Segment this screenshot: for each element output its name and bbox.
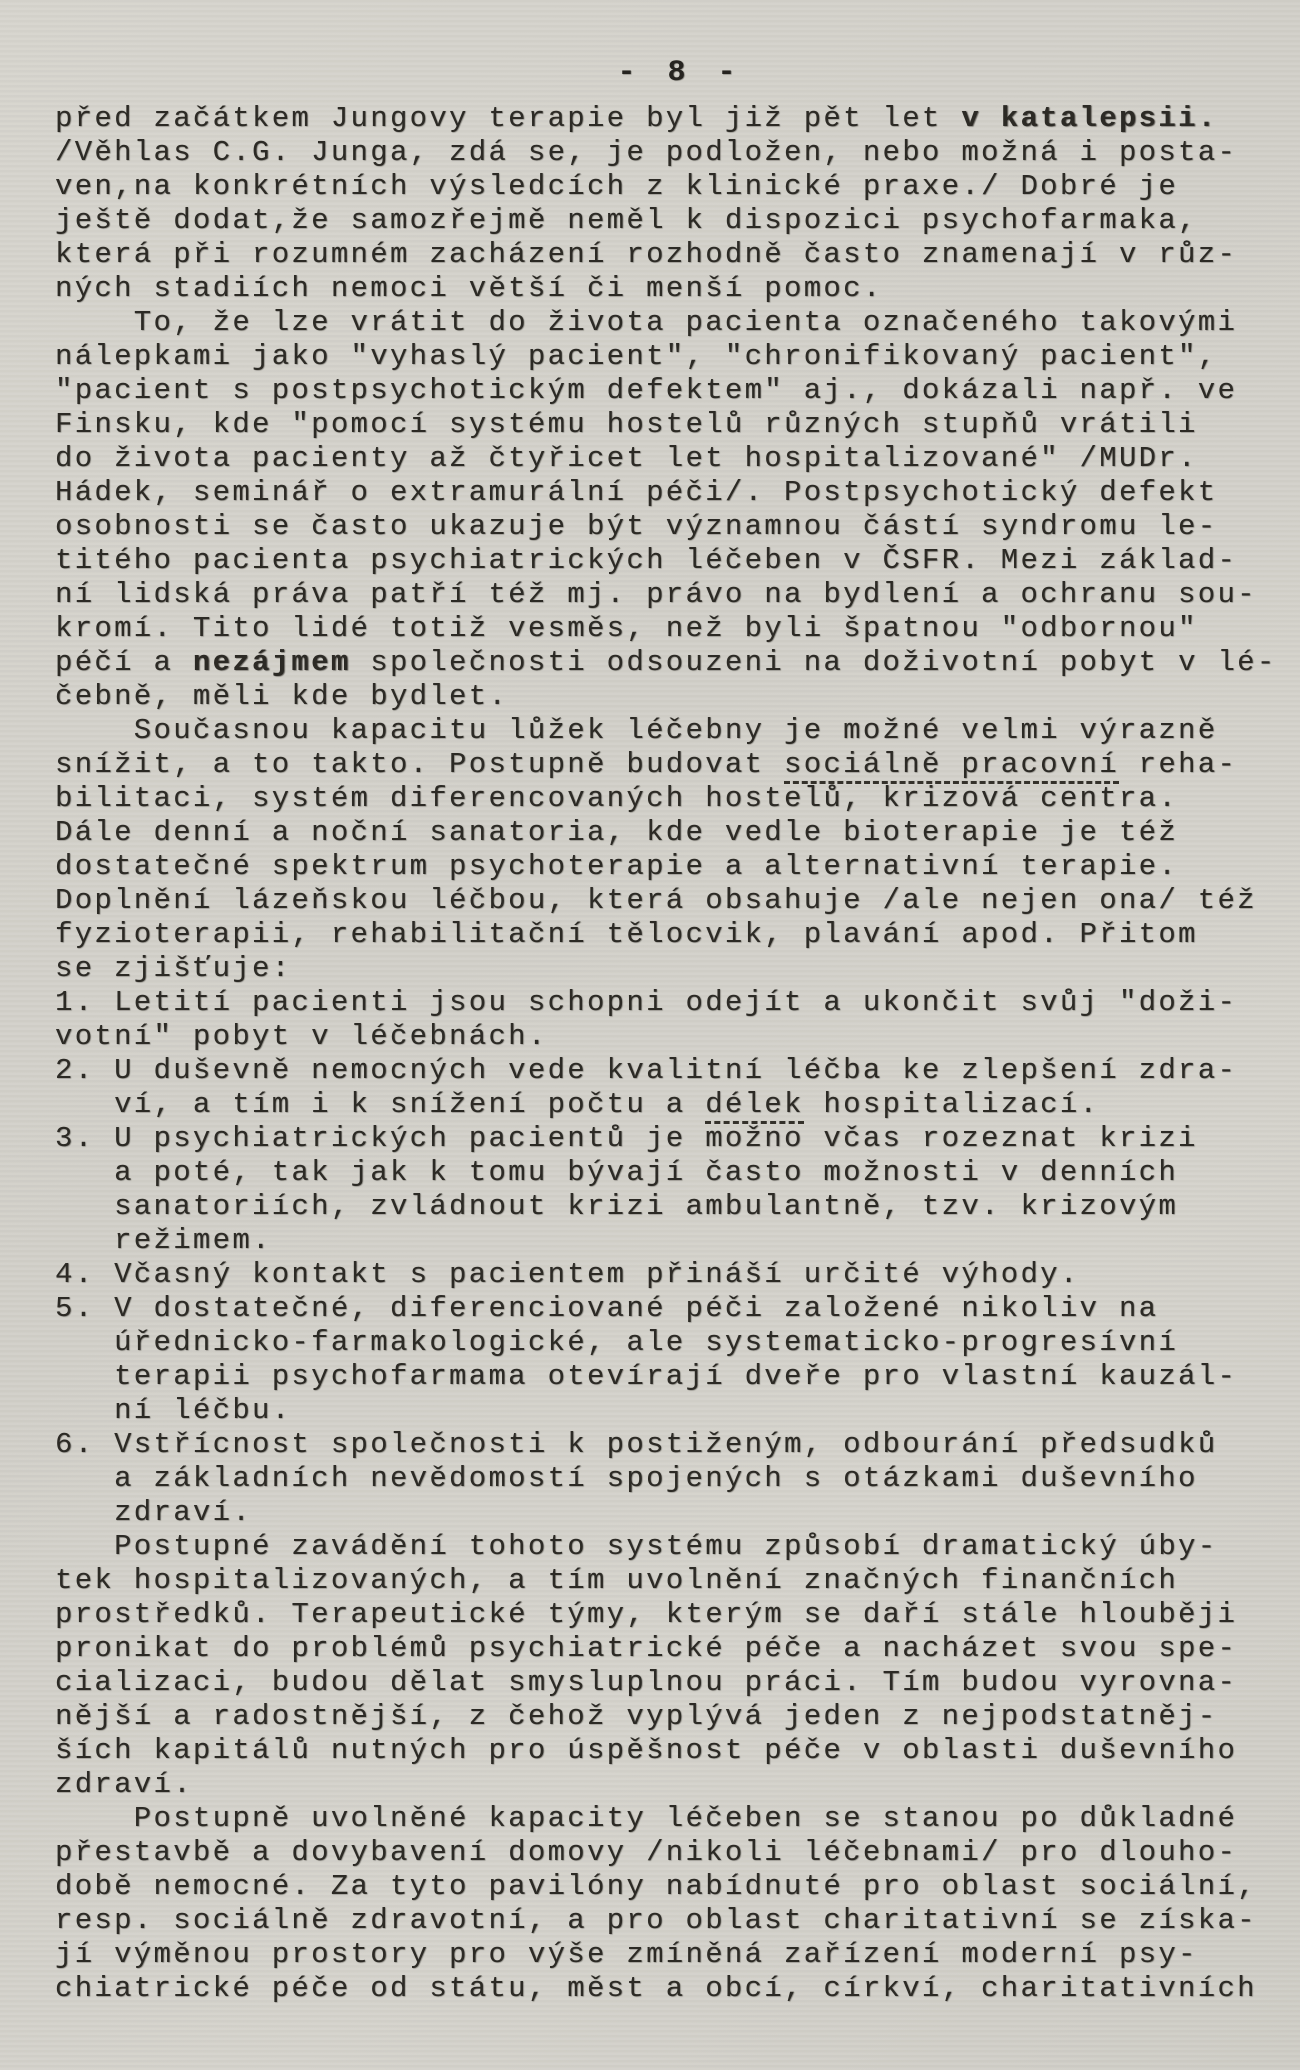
text-segment: před začátkem Jungovy terapie byl již pě… (55, 102, 961, 135)
text-segment: bilitaci, systém diferencovaných hostelů… (55, 782, 1178, 815)
text-line: Současnou kapacitu lůžek léčebny je možn… (55, 714, 1270, 748)
text-segment: 3. U psychiatrických pacientů je možno v… (55, 1122, 1198, 1155)
text-line: ní lidská práva patří též mj. právo na b… (55, 578, 1270, 612)
text-segment: dostatečné spektrum psychoterapie a alte… (55, 850, 1178, 883)
text-line: nější a radostnější, z čehož vyplývá jed… (55, 1700, 1270, 1734)
text-segment: Postupné zavádění tohoto systému způsobí… (55, 1530, 1217, 1563)
text-segment: ní léčbu. (55, 1394, 291, 1427)
text-line: cializaci, budou dělat smysluplnou práci… (55, 1666, 1270, 1700)
underlined-text: délek (705, 1088, 804, 1124)
text-line: fyzioterapii, rehabilitační tělocvik, pl… (55, 918, 1270, 952)
text-segment: pronikat do problémů psychiatrické péče … (55, 1632, 1237, 1665)
text-segment: kromí. Tito lidé totiž vesměs, než byli … (55, 612, 1198, 645)
text-segment: cializaci, budou dělat smysluplnou práci… (55, 1666, 1237, 1699)
text-line: chiatrické péče od státu, měst a obcí, c… (55, 1972, 1270, 2006)
text-line: a poté, tak jak k tomu bývají často možn… (55, 1156, 1270, 1190)
text-segment: 5. V dostatečné, diferenciované péči zal… (55, 1292, 1158, 1325)
bold-text: nezájmem (193, 646, 351, 679)
text-line: péčí a nezájmem společnosti odsouzeni na… (55, 646, 1270, 680)
text-line: "pacient s postpsychotickým defektem" aj… (55, 374, 1270, 408)
text-segment: 6. Vstřícnost společnosti k postiženým, … (55, 1428, 1217, 1461)
text-line: zdraví. (55, 1496, 1270, 1530)
text-line: Doplnění lázeňskou léčbou, která obsahuj… (55, 884, 1270, 918)
text-segment: zdraví. (55, 1496, 252, 1529)
text-segment: ných stadiích nemoci větší či menší pomo… (55, 272, 883, 305)
text-line: Finsku, kde "pomocí systému hostelů různ… (55, 408, 1270, 442)
text-segment: Dále denní a noční sanatoria, kde vedle … (55, 816, 1178, 849)
text-line: nálepkami jako "vyhaslý pacient", "chron… (55, 340, 1270, 374)
text-line: /Věhlas C.G. Junga, zdá se, je podložen,… (55, 136, 1270, 170)
text-line: kromí. Tito lidé totiž vesměs, než byli … (55, 612, 1270, 646)
text-segment: nálepkami jako "vyhaslý pacient", "chron… (55, 340, 1217, 373)
text-line: která při rozumném zacházení rozhodně ča… (55, 238, 1270, 272)
text-segment: přestavbě a dovybavení domovy /nikoli lé… (55, 1836, 1237, 1869)
text-line: ví, a tím i k snížení počtu a délek hosp… (55, 1088, 1270, 1122)
text-line: terapii psychofarmama otevírají dveře pr… (55, 1360, 1270, 1394)
text-line: do života pacienty až čtyřicet let hospi… (55, 442, 1270, 476)
text-segment: se zjišťuje: (55, 952, 291, 985)
text-line: prostředků. Terapeutické týmy, kterým se… (55, 1598, 1270, 1632)
text-line: jí výměnou prostory pro výše zmíněná zař… (55, 1938, 1270, 1972)
text-segment: ještě dodat,že samozřejmě neměl k dispoz… (55, 204, 1198, 237)
text-line: 2. U duševně nemocných vede kvalitní léč… (55, 1054, 1270, 1088)
text-line: režimem. (55, 1224, 1270, 1258)
text-segment: "pacient s postpsychotickým defektem" aj… (55, 374, 1237, 407)
text-segment: zdraví. (55, 1768, 193, 1801)
text-line: ní léčbu. (55, 1394, 1270, 1428)
text-line: bilitaci, systém diferencovaných hostelů… (55, 782, 1270, 816)
text-segment: a základních nevědomostí spojených s otá… (55, 1462, 1198, 1495)
text-segment: době nemocné. Za tyto pavilóny nabídnuté… (55, 1870, 1257, 1903)
text-segment: ších kapitálů nutných pro úspěšnost péče… (55, 1734, 1237, 1767)
text-segment: ví, a tím i k snížení počtu a (55, 1088, 705, 1121)
underlined-text: sociálně pracovní (784, 748, 1119, 784)
text-line: 1. Letití pacienti jsou schopni odejít a… (55, 986, 1270, 1020)
text-segment: tek hospitalizovaných, a tím uvolnění zn… (55, 1564, 1178, 1597)
text-segment: Finsku, kde "pomocí systému hostelů různ… (55, 408, 1198, 441)
text-line: To, že lze vrátit do života pacienta ozn… (55, 306, 1270, 340)
text-segment: fyzioterapii, rehabilitační tělocvik, pl… (55, 918, 1198, 951)
text-segment: snížit, a to takto. Postupně budovat (55, 748, 784, 781)
text-segment: osobnosti se často ukazuje být významnou… (55, 510, 1217, 543)
text-line: 4. Včasný kontakt s pacientem přináší ur… (55, 1258, 1270, 1292)
text-line: ných stadiích nemoci větší či menší pomo… (55, 272, 1270, 306)
text-line: ších kapitálů nutných pro úspěšnost péče… (55, 1734, 1270, 1768)
text-line: osobnosti se často ukazuje být významnou… (55, 510, 1270, 544)
text-segment: a poté, tak jak k tomu bývají často možn… (55, 1156, 1178, 1189)
text-segment: do života pacienty až čtyřicet let hospi… (55, 442, 1198, 475)
text-segment: To, že lze vrátit do života pacienta ozn… (55, 306, 1237, 339)
page-number: - 8 - (600, 56, 760, 90)
text-segment: /Věhlas C.G. Junga, zdá se, je podložen,… (55, 136, 1237, 169)
text-segment: společnosti odsouzeni na doživotní pobyt… (351, 646, 1277, 679)
text-line: Postupně uvolněné kapacity léčeben se st… (55, 1802, 1270, 1836)
text-line: čebně, měli kde bydlet. (55, 680, 1270, 714)
text-segment: 4. Včasný kontakt s pacientem přináší ur… (55, 1258, 1080, 1291)
text-line: 3. U psychiatrických pacientů je možno v… (55, 1122, 1270, 1156)
text-segment: péčí a (55, 646, 193, 679)
text-segment: terapii psychofarmama otevírají dveře pr… (55, 1360, 1237, 1393)
text-segment: Doplnění lázeňskou léčbou, která obsahuj… (55, 884, 1257, 917)
text-segment: reha- (1119, 748, 1237, 781)
text-segment: ven,na konkrétních výsledcích z klinické… (55, 170, 1178, 203)
text-line: dostatečné spektrum psychoterapie a alte… (55, 850, 1270, 884)
text-line: Postupné zavádění tohoto systému způsobí… (55, 1530, 1270, 1564)
text-segment: sanatoriích, zvládnout krizi ambulantně,… (55, 1190, 1178, 1223)
text-segment: nější a radostnější, z čehož vyplývá jed… (55, 1700, 1217, 1733)
text-segment: ní lidská práva patří též mj. právo na b… (55, 578, 1257, 611)
text-segment: titého pacienta psychiatrických léčeben … (55, 544, 1237, 577)
text-segment: resp. sociálně zdravotní, a pro oblast c… (55, 1904, 1257, 1937)
text-line: 6. Vstřícnost společnosti k postiženým, … (55, 1428, 1270, 1462)
text-line: tek hospitalizovaných, a tím uvolnění zn… (55, 1564, 1270, 1598)
text-segment: Postupně uvolněné kapacity léčeben se st… (55, 1802, 1237, 1835)
document-body: před začátkem Jungovy terapie byl již pě… (55, 102, 1270, 2006)
text-segment: votní" pobyt v léčebnách. (55, 1020, 548, 1053)
text-line: úřednicko-farmakologické, ale systematic… (55, 1326, 1270, 1360)
text-line: před začátkem Jungovy terapie byl již pě… (55, 102, 1270, 136)
text-segment: prostředků. Terapeutické týmy, kterým se… (55, 1598, 1237, 1631)
document-page: - 8 - před začátkem Jungovy terapie byl … (0, 0, 1300, 2070)
text-line: pronikat do problémů psychiatrické péče … (55, 1632, 1270, 1666)
text-segment: čebně, měli kde bydlet. (55, 680, 508, 713)
text-line: a základních nevědomostí spojených s otá… (55, 1462, 1270, 1496)
text-line: 5. V dostatečné, diferenciované péči zal… (55, 1292, 1270, 1326)
text-segment: režimem. (55, 1224, 272, 1257)
bold-text: v katalepsii. (961, 102, 1217, 135)
text-segment: která při rozumném zacházení rozhodně ča… (55, 238, 1237, 271)
text-line: se zjišťuje: (55, 952, 1270, 986)
text-line: ještě dodat,že samozřejmě neměl k dispoz… (55, 204, 1270, 238)
text-line: sanatoriích, zvládnout krizi ambulantně,… (55, 1190, 1270, 1224)
text-segment: 1. Letití pacienti jsou schopni odejít a… (55, 986, 1237, 1019)
text-line: snížit, a to takto. Postupně budovat soc… (55, 748, 1270, 782)
text-segment: chiatrické péče od státu, měst a obcí, c… (55, 1972, 1257, 2005)
text-line: Dále denní a noční sanatoria, kde vedle … (55, 816, 1270, 850)
text-segment: Hádek, seminář o extramurální péči/. Pos… (55, 476, 1217, 509)
text-line: přestavbě a dovybavení domovy /nikoli lé… (55, 1836, 1270, 1870)
text-line: době nemocné. Za tyto pavilóny nabídnuté… (55, 1870, 1270, 1904)
text-segment: úřednicko-farmakologické, ale systematic… (55, 1326, 1178, 1359)
text-line: ven,na konkrétních výsledcích z klinické… (55, 170, 1270, 204)
text-segment: 2. U duševně nemocných vede kvalitní léč… (55, 1054, 1237, 1087)
text-line: votní" pobyt v léčebnách. (55, 1020, 1270, 1054)
text-segment: Současnou kapacitu lůžek léčebny je možn… (55, 714, 1217, 747)
text-segment: hospitalizací. (804, 1088, 1100, 1121)
text-line: resp. sociálně zdravotní, a pro oblast c… (55, 1904, 1270, 1938)
text-segment: jí výměnou prostory pro výše zmíněná zař… (55, 1938, 1198, 1971)
text-line: zdraví. (55, 1768, 1270, 1802)
text-line: titého pacienta psychiatrických léčeben … (55, 544, 1270, 578)
text-line: Hádek, seminář o extramurální péči/. Pos… (55, 476, 1270, 510)
